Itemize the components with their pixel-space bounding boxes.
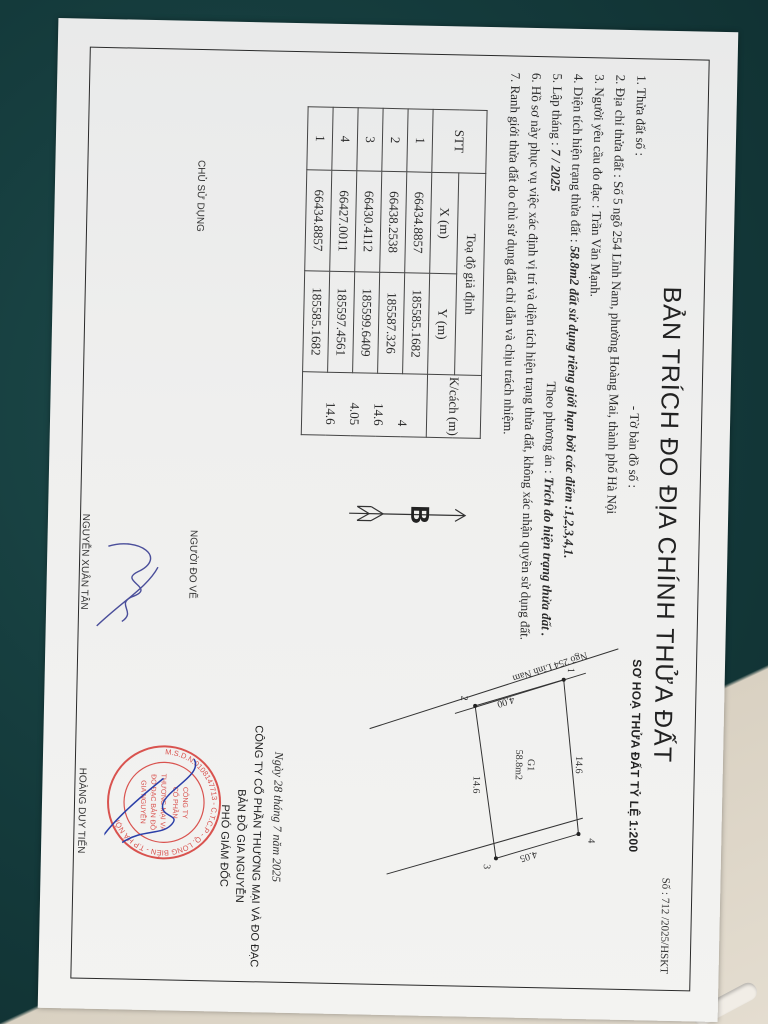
surveyor-signature: [82, 526, 179, 638]
edge-4-1-length: 14.6: [573, 756, 584, 774]
north-arrow: B: [334, 498, 470, 531]
item-5-method: Trích đo hiện trạng thửa đất .: [539, 477, 557, 637]
item-5-method-label: Theo phương án :: [542, 381, 559, 474]
item-4-label: 4. Diện tích hiện trạng thửa đất :: [568, 74, 587, 243]
distance-column: 414.64.0514.6: [301, 372, 427, 438]
edge-2-3-length: 14.6: [470, 776, 481, 794]
cell-stt: 3: [357, 108, 383, 172]
parcel-id: G1: [525, 759, 536, 771]
point-1-label: 1: [565, 668, 576, 673]
cell-x: 66438.2538: [380, 171, 407, 273]
header-stt: STT: [432, 109, 487, 173]
cell-y: 185597.4561: [328, 271, 355, 373]
cell-y: 185585.1682: [303, 271, 330, 373]
cell-stt: 4: [332, 107, 358, 171]
coordinate-table: STT Toạ độ giả định K/cách (m) X (m) Y (…: [301, 106, 488, 439]
cell-x: 66430.4112: [355, 171, 382, 273]
item-1-sheet: - Tờ bản đồ số :: [626, 406, 643, 488]
distance-value: 4: [394, 420, 410, 427]
cell-stt: 1: [307, 107, 333, 171]
distance-value: 14.6: [322, 402, 338, 425]
header-coords: Toạ độ giả định: [455, 173, 486, 376]
parcel-area: 58.8m2: [513, 750, 525, 781]
point-3-label: 3: [481, 864, 492, 869]
item-4-area: 58.8m2 đất sử dụng riêng giới hạn bởi cá…: [561, 246, 583, 559]
road-label: Ngõ 254 Lĩnh Nam: [511, 649, 589, 683]
item-5-label: 5. Lập tháng :: [549, 73, 566, 146]
north-letter: B: [405, 505, 435, 524]
sketch-title: SƠ HOẠ THỬA ĐẤT TỶ LỆ 1:200: [626, 659, 644, 852]
point-2-label: 2: [458, 696, 469, 701]
document-frame: BẢN TRÍCH ĐO ĐỊA CHÍNH THỬA ĐẤT Số : 712…: [70, 47, 709, 992]
distance-value: 4.05: [346, 402, 362, 425]
owner-label: CHỦ SỬ DỤNG: [194, 160, 207, 232]
cell-y: 185587.326: [378, 272, 405, 374]
stamp-line-1: CÔNG TY: [181, 787, 191, 819]
cadastral-extract-document: BẢN TRÍCH ĐO ĐỊA CHÍNH THỬA ĐẤT Số : 712…: [38, 18, 739, 1022]
header-y: Y (m): [428, 273, 457, 375]
parcel-info: 1. Thửa đất số :- Tờ bản đồ số : 2. Địa …: [494, 72, 653, 642]
cell-y: 185599.6409: [353, 272, 380, 374]
point-4-label: 4: [585, 838, 596, 843]
cell-x: 66434.8857: [305, 170, 332, 272]
cell-x: 66434.8857: [405, 172, 432, 274]
distance-value: 14.6: [370, 403, 386, 426]
surveyor-label: NGƯỜI ĐO VẼ: [186, 530, 198, 599]
cell-x: 66427.0011: [330, 170, 357, 272]
approval-date: Ngày 28 tháng 7 năm 2025: [268, 752, 286, 883]
item-5-date: 7 / 2025: [548, 149, 564, 192]
surveyor-name: NGUYỄN XUÂN TÂN: [78, 514, 91, 610]
parcel-sketch: 1 2 3 4 4.00 14.6 4.05 14.6 Ngõ 254 Lĩnh…: [315, 633, 626, 939]
cell-stt: 1: [407, 109, 433, 173]
stamp-line-5: GIA NGUYỄN: [139, 780, 149, 824]
header-distance: K/cách (m): [426, 374, 481, 438]
approver-name: HOÀNG DUY TIẾN: [75, 768, 88, 854]
company-stamp: M.S.D.N:0108147713 - C.T.C.P - Q. LONG B…: [104, 742, 224, 862]
edge-1-2-length: 4.00: [496, 694, 516, 710]
cell-stt: 2: [382, 108, 408, 172]
item-1-label: 1. Thửa đất số :: [633, 75, 650, 156]
cell-y: 185585.1682: [403, 273, 430, 375]
header-x: X (m): [430, 172, 459, 274]
document-number: Số : 712 /2025/HSKT: [658, 878, 672, 974]
